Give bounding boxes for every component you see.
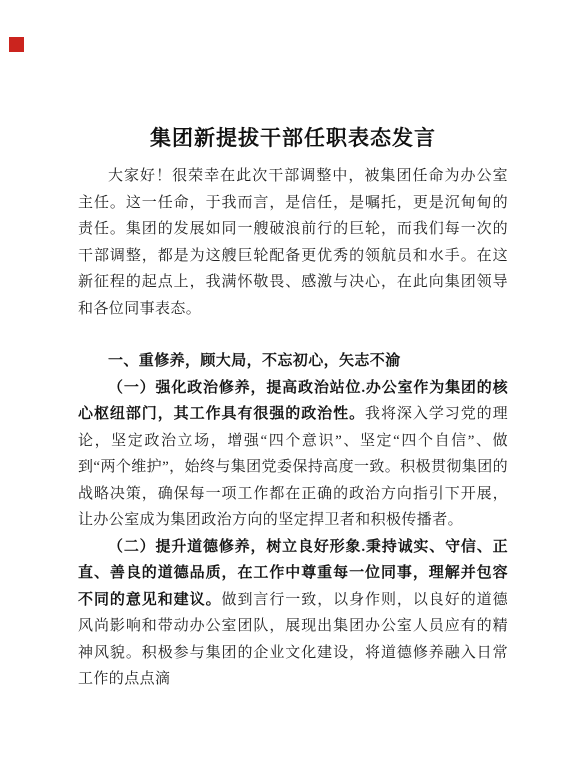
body-paragraph: （二）提升道德修养，树立良好形象.秉持诚实、守信、正直、善良的道德品质，在工作中…: [78, 534, 508, 693]
body-paragraph: （一）强化政治修养，提高政治站位.办公室作为集团的核心枢纽部门，其工作具有很强的…: [78, 375, 508, 534]
document-page: 集团新提拔干部任职表态发言 大家好！很荣幸在此次干部调整中，被集团任命为办公室主…: [0, 0, 586, 759]
document-content: 集团新提拔干部任职表态发言 大家好！很荣幸在此次干部调整中，被集团任命为办公室主…: [78, 124, 508, 693]
body-text: 大家好！很荣幸在此次干部调整中，被集团任命为办公室主任。这一任命，于我而言，是信…: [78, 168, 508, 317]
emphasis-text: 一、重修养，顾大局，不忘初心，矢志不渝: [108, 353, 401, 369]
red-square-marker: [9, 37, 24, 52]
body-paragraph: 大家好！很荣幸在此次干部调整中，被集团任命为办公室主任。这一任命，于我而言，是信…: [78, 163, 508, 322]
document-title: 集团新提拔干部任职表态发言: [78, 124, 508, 154]
document-body: 大家好！很荣幸在此次干部调整中，被集团任命为办公室主任。这一任命，于我而言，是信…: [78, 163, 508, 693]
body-text: 我将深入学习党的理论，坚定政治立场，增强“四个意识”、坚定“四个自信”、做到“两…: [78, 406, 508, 528]
section-heading: 一、重修养，顾大局，不忘初心，矢志不渝: [78, 348, 508, 375]
